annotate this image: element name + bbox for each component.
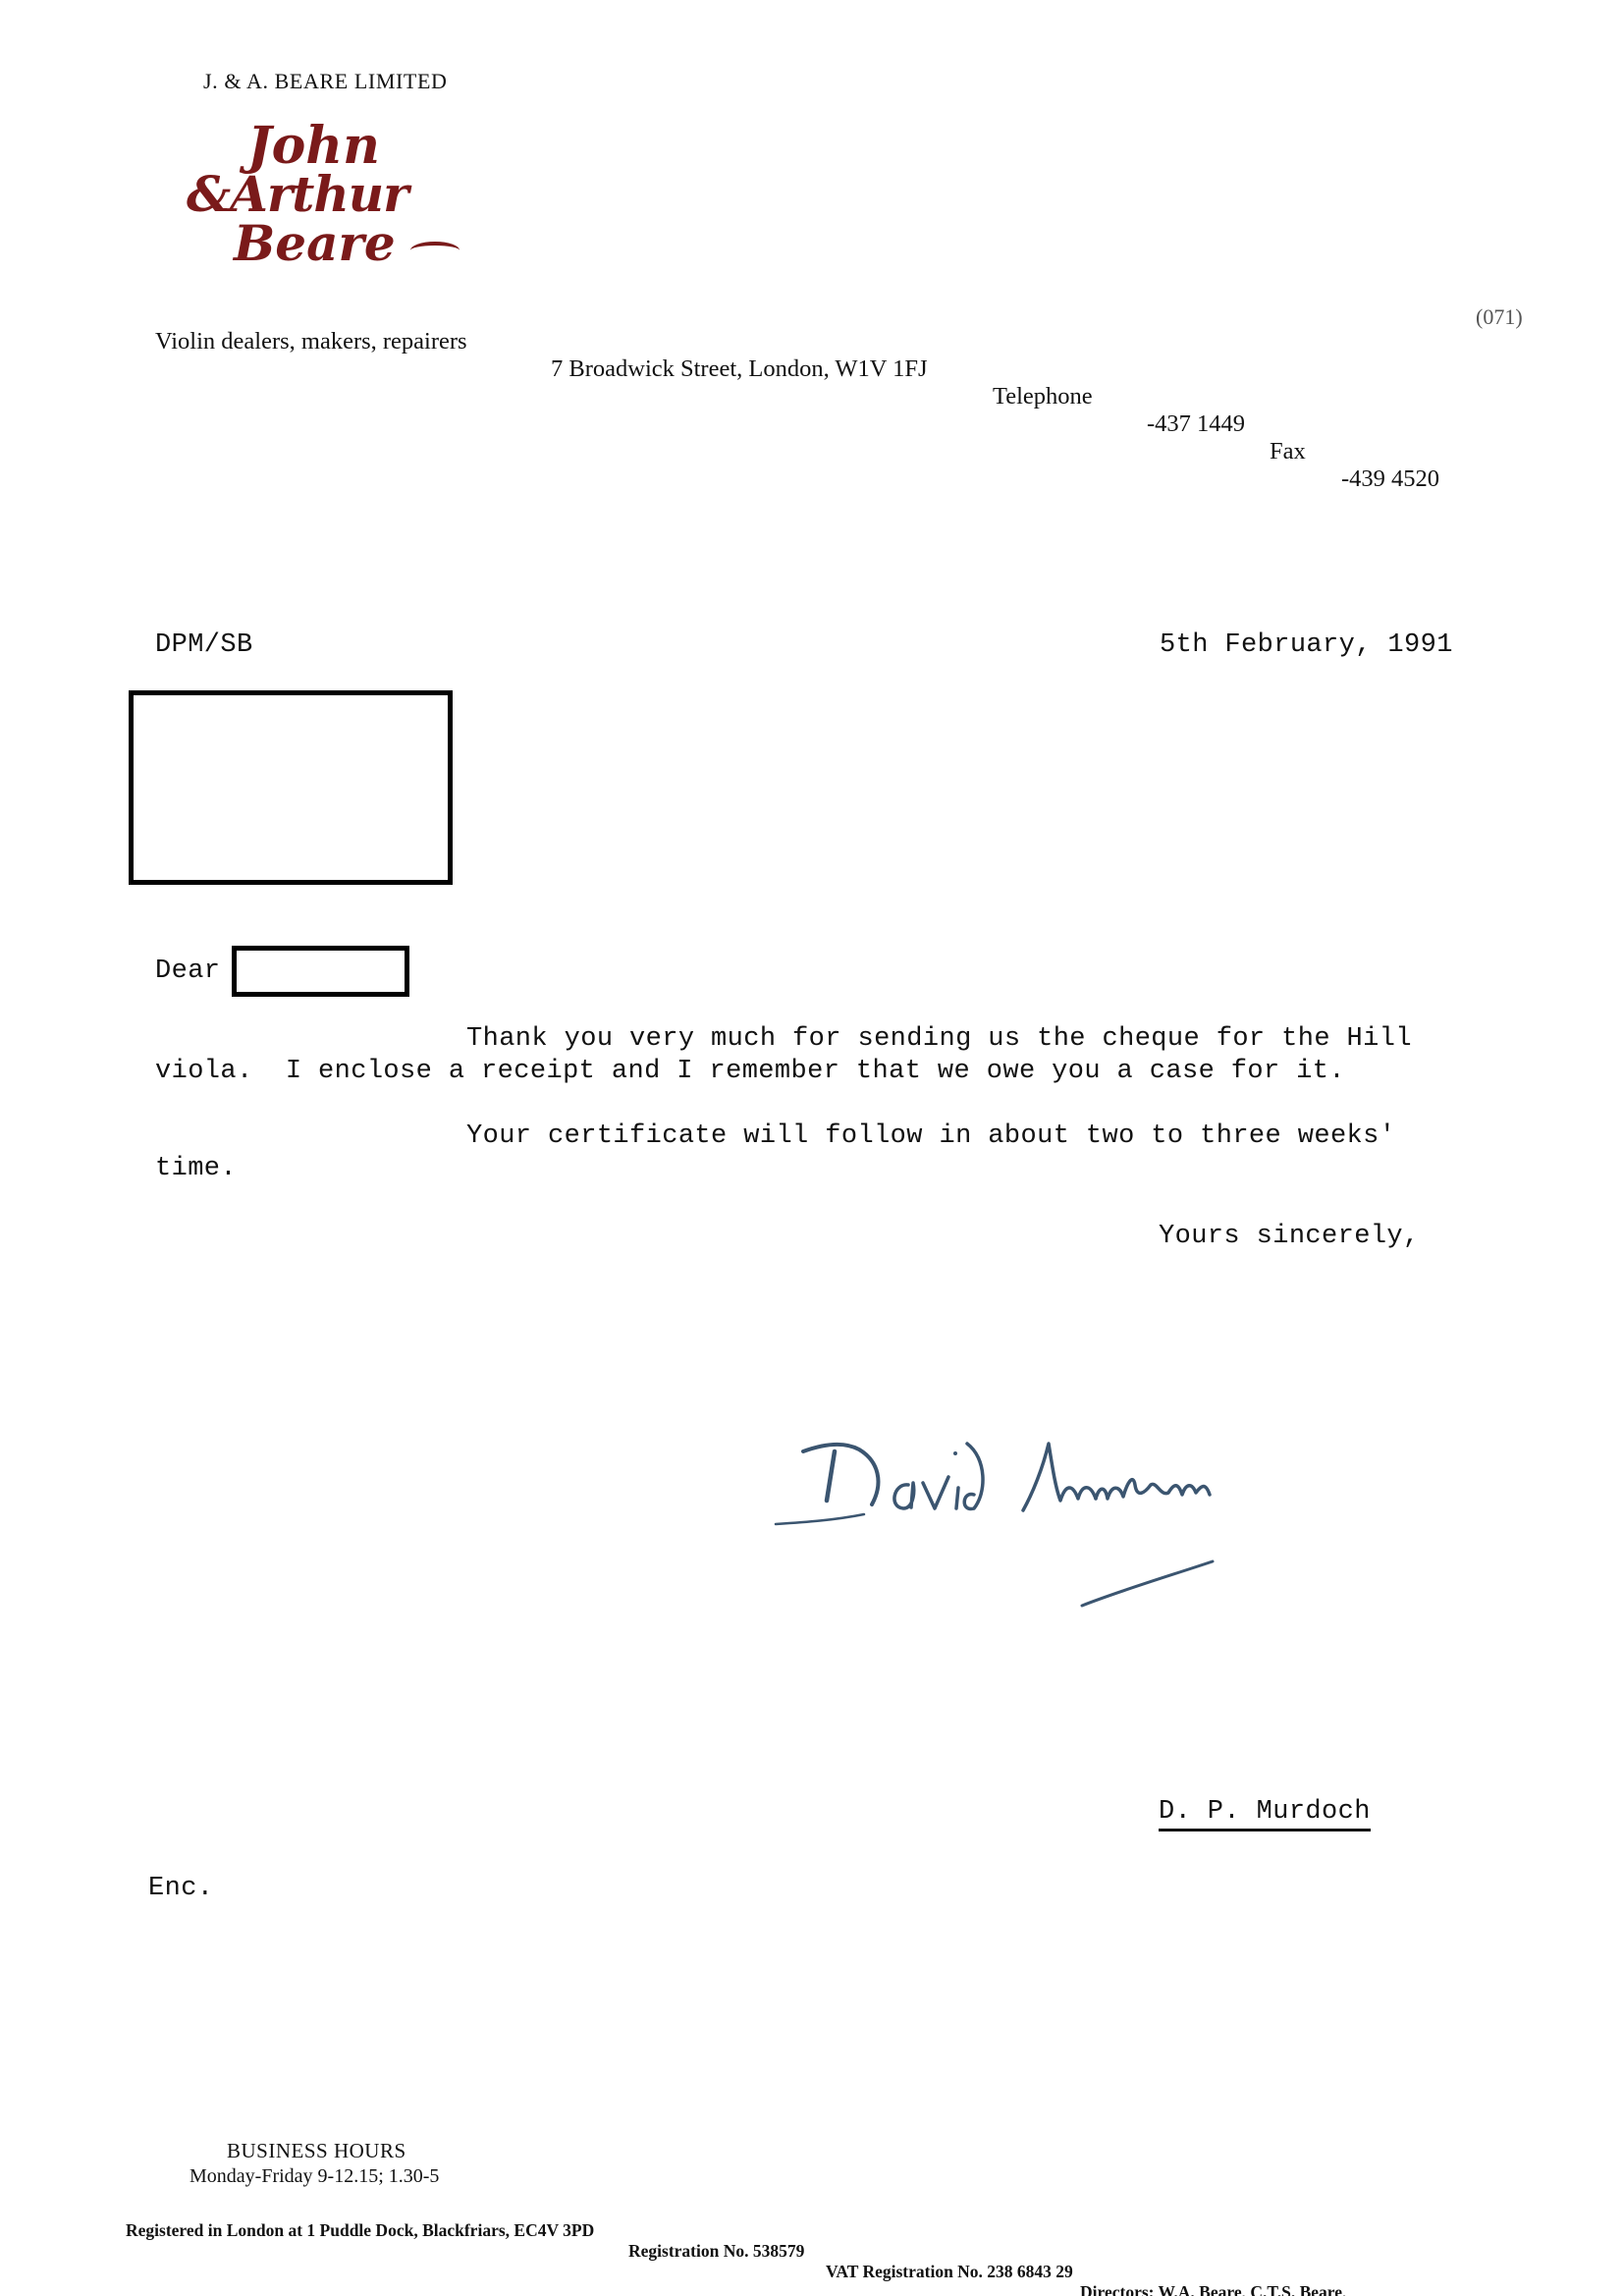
signatory-name: D. P. Murdoch [1159, 1797, 1371, 1831]
letterhead-contact-line: Violin dealers, makers, repairers 7 Broa… [155, 301, 167, 493]
registration-footer: Registered in London at 1 Puddle Dock, B… [126, 2200, 135, 2296]
reference-code: DPM/SB [155, 630, 253, 660]
salutation: Dear [155, 957, 220, 986]
registration-number: Registration No. 538579 [628, 2241, 804, 2262]
closing: Yours sincerely, [1159, 1222, 1420, 1251]
paragraph-1-line-2: viola. I enclose a receipt and I remembe… [155, 1057, 1345, 1086]
enclosure-note: Enc. [148, 1874, 213, 1903]
tagline: Violin dealers, makers, repairers [155, 328, 467, 355]
redacted-recipient-address [129, 690, 453, 885]
redacted-recipient-name [232, 946, 409, 997]
paragraph-2-line-2: time. [155, 1154, 237, 1183]
business-hours: Monday-Friday 9-12.15; 1.30-5 [189, 2165, 439, 2188]
handwritten-signature: David Murdoch [766, 1414, 1296, 1611]
company-name: J. & A. BEARE LIMITED [203, 69, 447, 94]
registered-office: Registered in London at 1 Puddle Dock, B… [126, 2220, 594, 2241]
paragraph-1-line-1: Thank you very much for sending us the c… [466, 1024, 1412, 1054]
business-hours-title: BUSINESS HOURS [227, 2139, 406, 2163]
fax-label: Fax [1270, 438, 1306, 465]
letter-date: 5th February, 1991 [1160, 630, 1453, 660]
logo-line-beare: Beare [234, 214, 396, 272]
directors: Directors: W.A. Beare, C.T.S. Beare, [1080, 2282, 1346, 2296]
vat-number: VAT Registration No. 238 6843 29 [826, 2262, 1073, 2282]
telephone-label: Telephone [993, 383, 1093, 410]
area-code: (071) [1476, 304, 1523, 330]
paragraph-2-line-1: Your certificate will follow in about tw… [466, 1121, 1395, 1151]
fax-number: -439 4520 [1341, 465, 1439, 493]
company-logo: John &Arthur Beare [187, 116, 471, 288]
telephone-number: -437 1449 [1147, 410, 1245, 438]
logo-swash-decoration [410, 242, 460, 259]
street-address: 7 Broadwick Street, London, W1V 1FJ [551, 355, 928, 383]
